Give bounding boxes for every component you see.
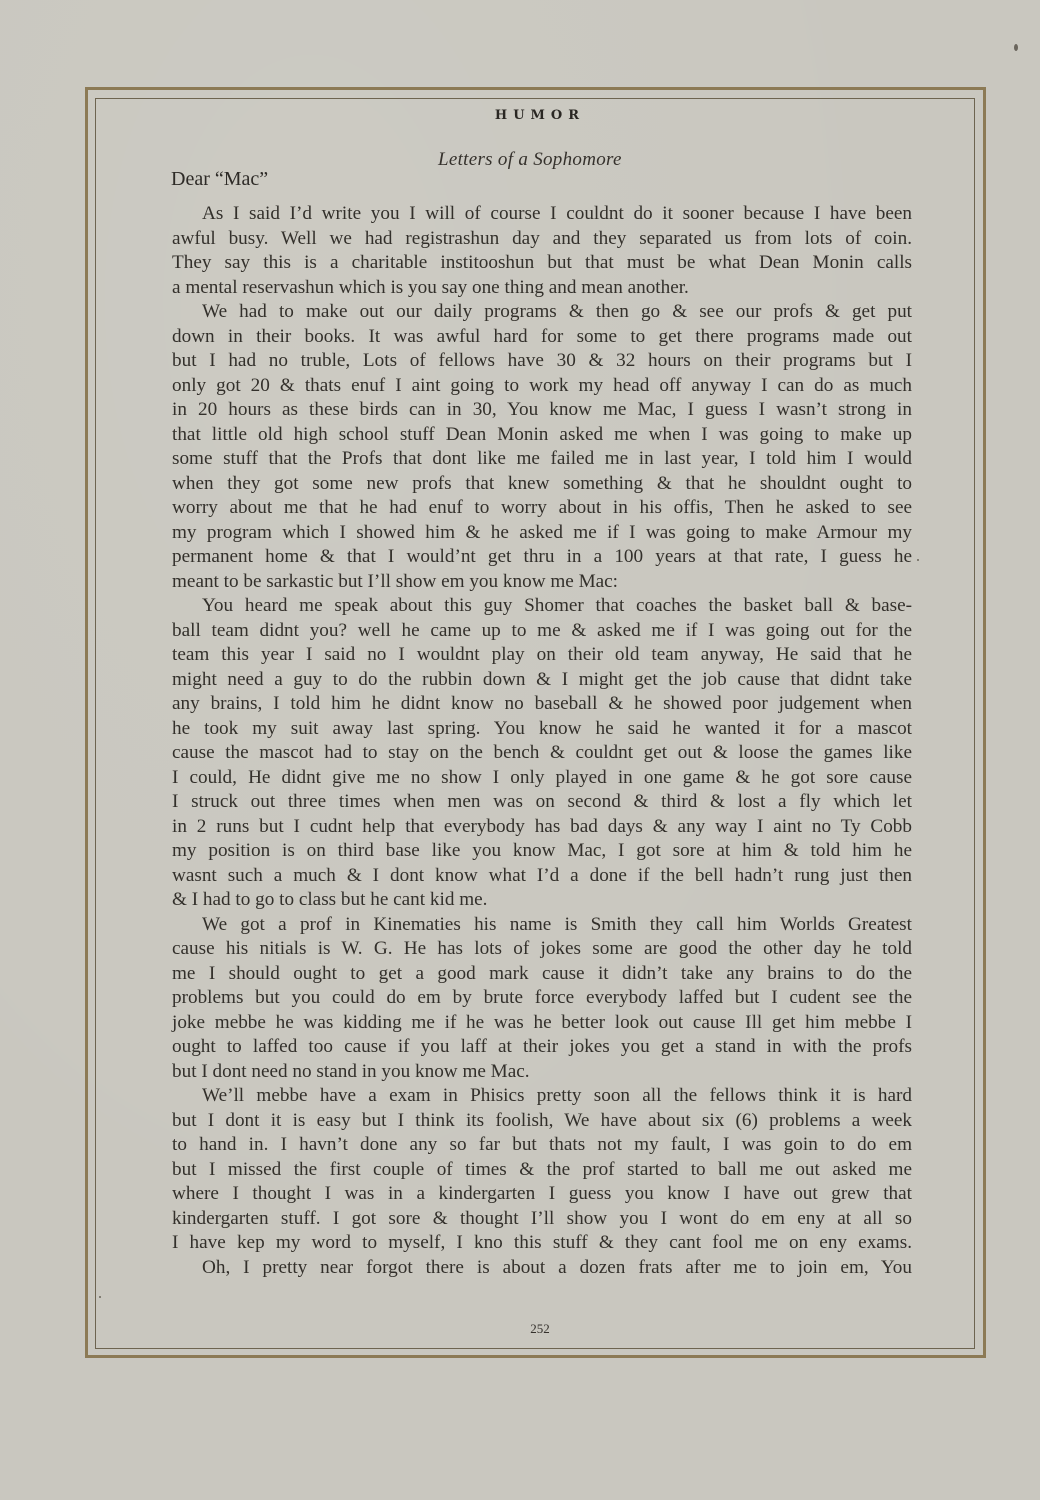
text-line: in 2 runs but I cudnt help that everybod…: [172, 815, 912, 840]
text-line: in 20 hours as these birds can in 30, Yo…: [172, 398, 912, 423]
text-line: cause the mascot had to stay on the benc…: [172, 741, 912, 766]
text-line: to hand in. I havn’t done any so far but…: [172, 1133, 912, 1158]
text-line: might need a guy to do the rubbin down &…: [172, 668, 912, 693]
text-line: I struck out three times when men was on…: [172, 790, 912, 815]
text-line: a mental reservashun which is you say on…: [172, 276, 912, 301]
text-line: meant to be sarkastic but I’ll show em y…: [172, 570, 912, 595]
text-line: permanent home & that I would’nt get thr…: [172, 545, 912, 570]
text-line: my program which I showed him & he asked…: [172, 521, 912, 546]
text-line: joke mebbe he was kidding me if he was h…: [172, 1011, 912, 1036]
text-line: Oh, I pretty near forgot there is about …: [172, 1256, 912, 1281]
text-line: I could, He didnt give me no show I only…: [172, 766, 912, 791]
text-line: ought to laffed too cause if you laff at…: [172, 1035, 912, 1060]
text-line: I have kep my word to myself, I kno this…: [172, 1231, 912, 1256]
text-line: when they got some new profs that knew s…: [172, 472, 912, 497]
text-line: only got 20 & thats enuf I aint going to…: [172, 374, 912, 399]
text-line: They say this is a charitable institoosh…: [172, 251, 912, 276]
article-title: Letters of a Sophomore: [438, 149, 622, 171]
page-number: 252: [0, 1321, 1040, 1337]
text-line: worry about me that he had enuf to worry…: [172, 496, 912, 521]
text-line: team this year I said no I wouldnt play …: [172, 643, 912, 668]
letter-salutation: Dear “Mac”: [171, 168, 268, 191]
text-line: but I missed the first couple of times &…: [172, 1158, 912, 1183]
text-line: wasnt such a much & I dont know what I’d…: [172, 864, 912, 889]
text-line: awful busy. Well we had registrashun day…: [172, 227, 912, 252]
text-line: kindergarten stuff. I got sore & thought…: [172, 1207, 912, 1232]
text-line: down in their books. It was awful hard f…: [172, 325, 912, 350]
text-line: but I had no truble, Lots of fellows hav…: [172, 349, 912, 374]
section-heading: HUMOR: [0, 108, 1040, 123]
text-line: any brains, I told him he didnt know no …: [172, 692, 912, 717]
text-line: We got a prof in Kinematies his name is …: [172, 913, 912, 938]
text-line: You heard me speak about this guy Shomer…: [172, 594, 912, 619]
text-line: me I should ought to get a good mark cau…: [172, 962, 912, 987]
paper-speck: [1014, 44, 1018, 51]
text-line: but I dont it is easy but I think its fo…: [172, 1109, 912, 1134]
text-line: but I dont need no stand in you know me …: [172, 1060, 912, 1085]
text-line: where I thought I was in a kindergarten …: [172, 1182, 912, 1207]
text-line: cause his nitials is W. G. He has lots o…: [172, 937, 912, 962]
text-line: that little old high school stuff Dean M…: [172, 423, 912, 448]
letter-body: As I said I’d write you I will of course…: [172, 202, 912, 1280]
text-line: ball team didnt you? well he came up to …: [172, 619, 912, 644]
text-line: some stuff that the Profs that dont like…: [172, 447, 912, 472]
book-page: HUMOR Letters of a Sophomore Dear “Mac” …: [0, 0, 1040, 1500]
text-line: my position is on third base like you kn…: [172, 839, 912, 864]
text-line: We had to make out our daily programs & …: [172, 300, 912, 325]
text-line: he took my suit away last spring. You kn…: [172, 717, 912, 742]
text-line: problems but you could do em by brute fo…: [172, 986, 912, 1011]
text-line: We’ll mebbe have a exam in Phisics prett…: [172, 1084, 912, 1109]
text-line: As I said I’d write you I will of course…: [172, 202, 912, 227]
text-line: & I had to go to class but he cant kid m…: [172, 888, 912, 913]
